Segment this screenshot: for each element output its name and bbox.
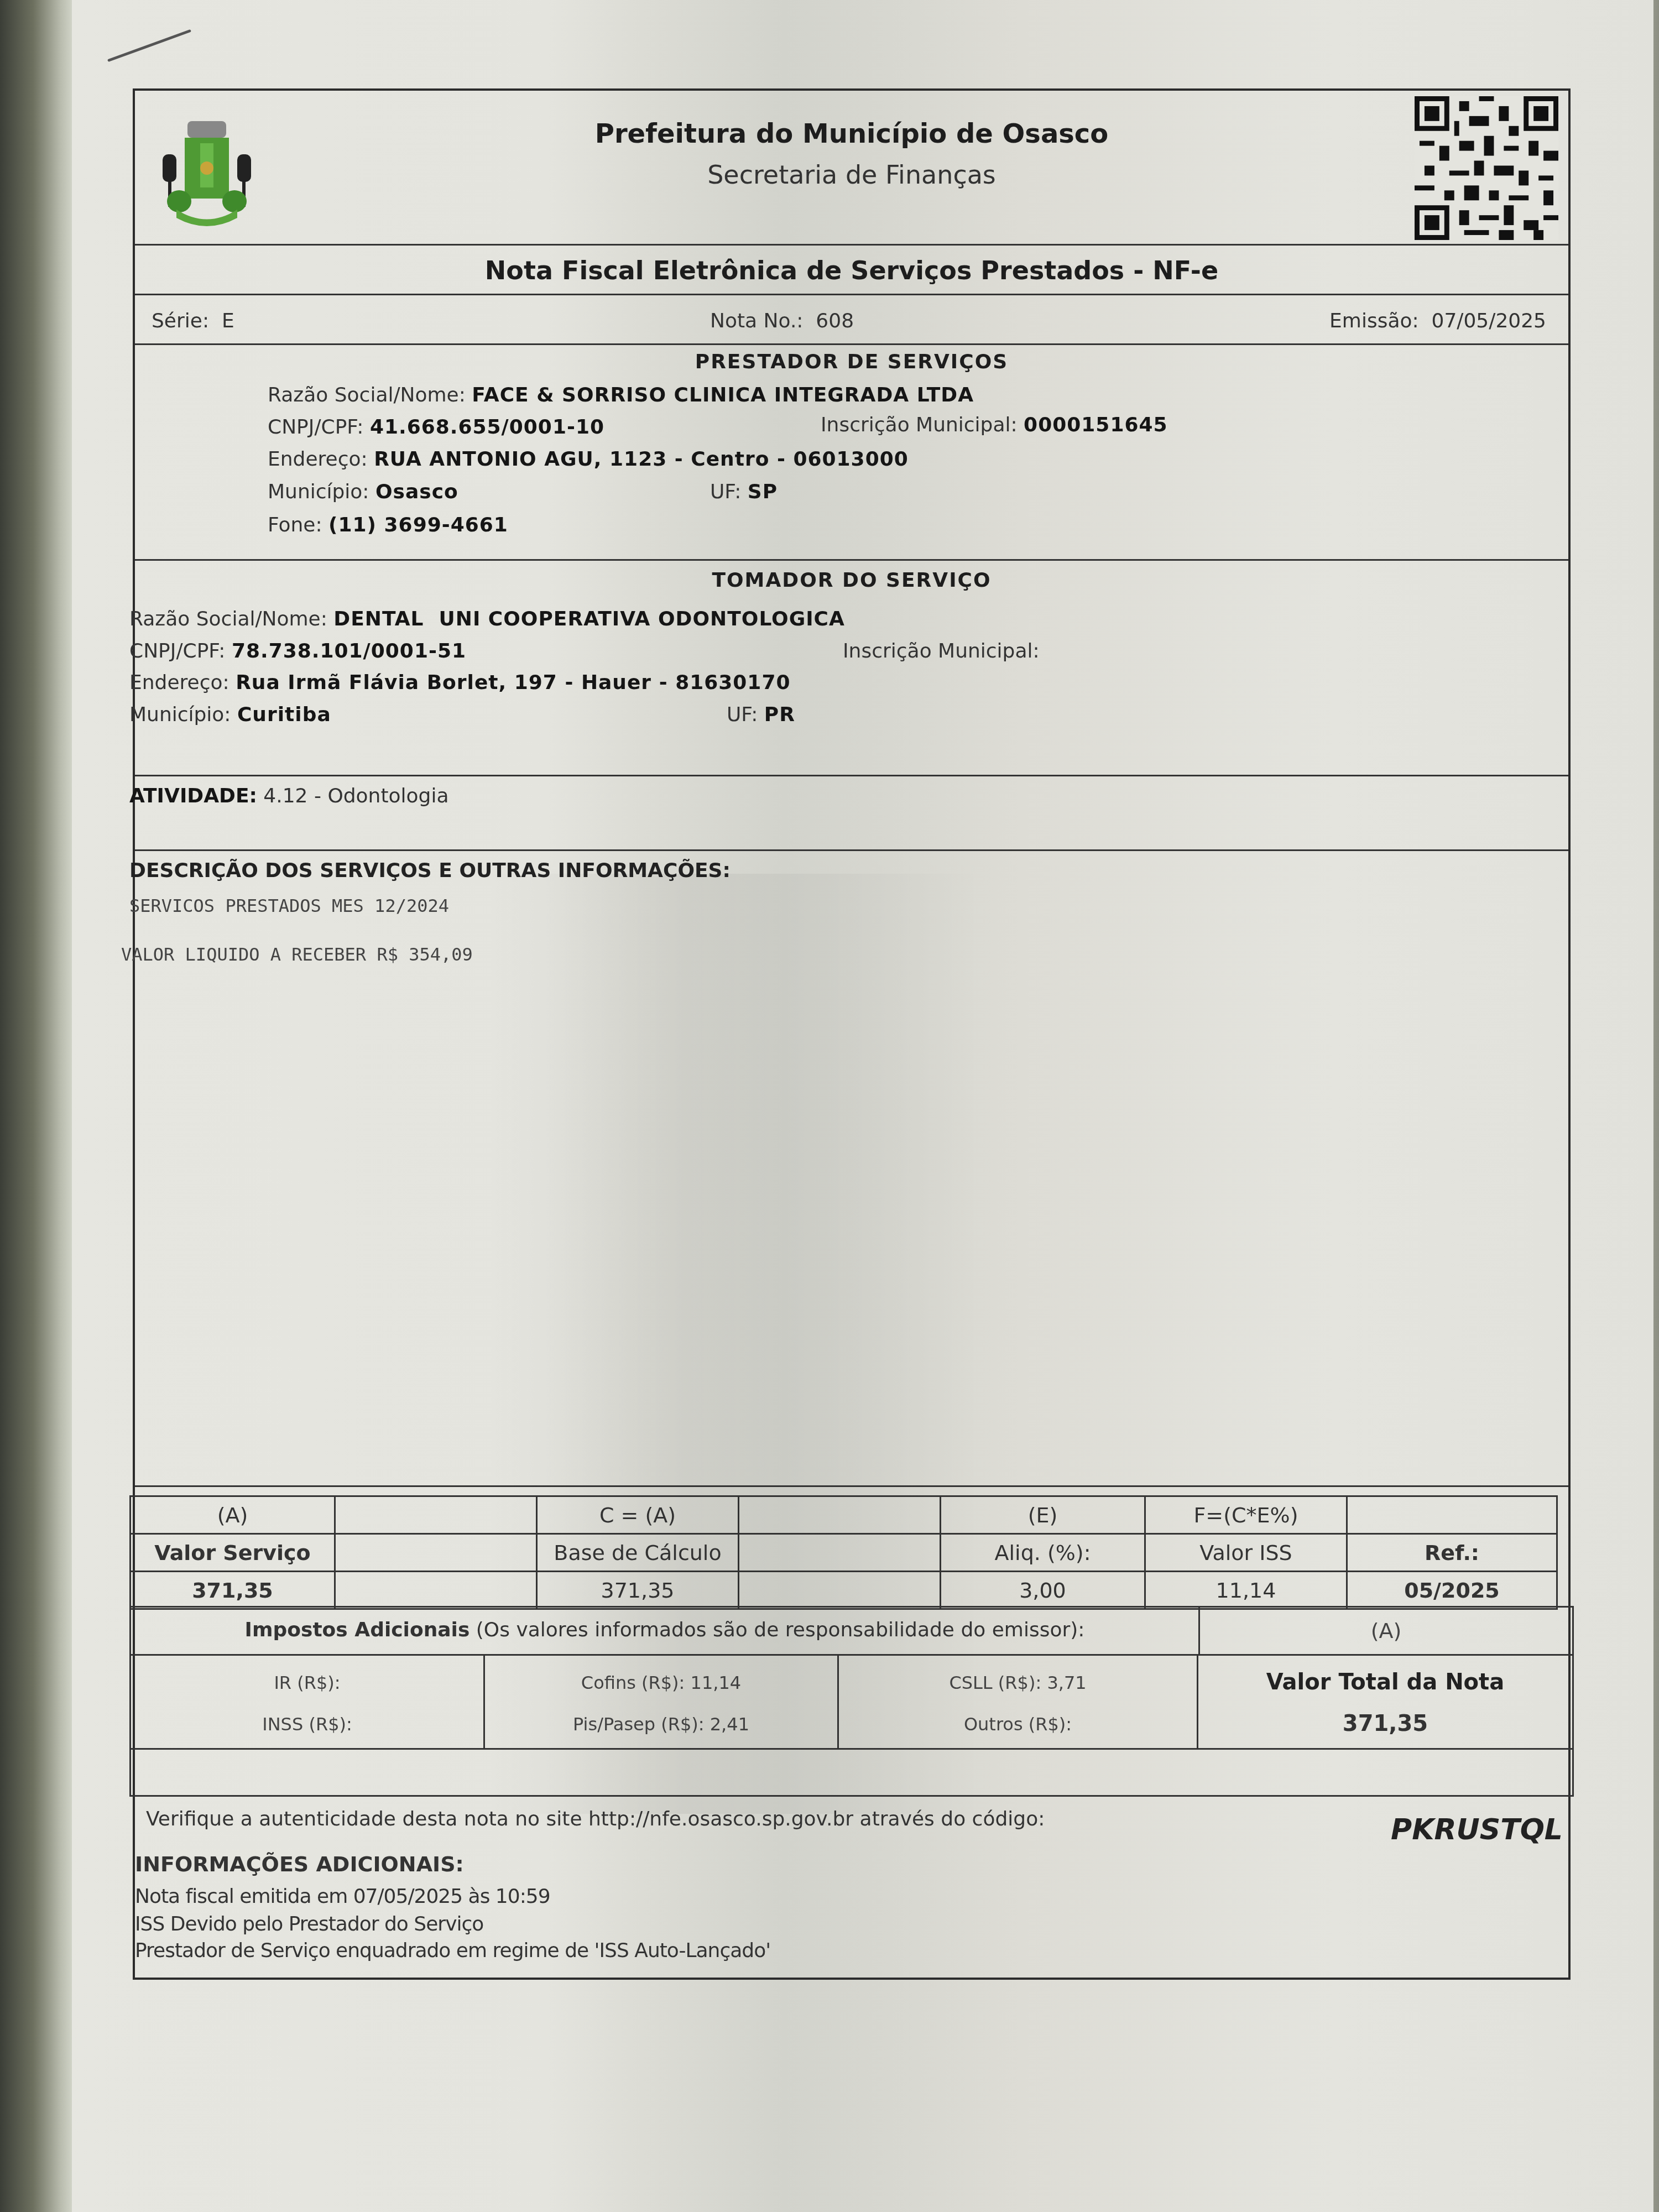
document-meta-row: Série: E Nota No.: 608 Emissão: 07/05/20… <box>135 295 1568 345</box>
label: Endereço: <box>129 671 229 694</box>
cell <box>739 1534 941 1572</box>
descricao-section: DESCRIÇÃO DOS SERVIÇOS E OUTRAS INFORMAÇ… <box>135 851 1568 1487</box>
footer-section: Verifique a autenticidade desta nota no … <box>129 1797 1574 1978</box>
value: Rua Irmã Flávia Borlet, 197 - Hauer - 81… <box>236 671 790 694</box>
label: UF: <box>727 703 758 726</box>
label: ATIVIDADE: <box>129 785 257 807</box>
emissao-label: Emissão: <box>1329 310 1419 332</box>
prestador-inscricao-municipal: Inscrição Municipal: 0000151645 <box>821 414 1168 436</box>
tomador-razao: Razão Social/Nome: DENTAL UNI COOPERATIV… <box>129 608 845 630</box>
info-line: Prestador de Serviço enquadrado em regim… <box>135 1939 770 1962</box>
tax-col-cofins-pis: Cofins (R$): 11,14 Pis/Pasep (R$): 2,41 <box>485 1656 839 1748</box>
label: Razão Social/Nome: <box>129 608 327 630</box>
cell: C = (A) <box>537 1496 739 1534</box>
cofins-field: Cofins (R$): 11,14 <box>485 1672 837 1693</box>
impostos-title: Impostos Adicionais (Os valores informad… <box>131 1619 1198 1641</box>
value: 4.12 - Odontologia <box>263 785 448 807</box>
impostos-title-bold: Impostos Adicionais <box>245 1619 470 1641</box>
value: Osasco <box>375 481 458 503</box>
info-line: Nota fiscal emitida em 07/05/2025 às 10:… <box>135 1885 550 1908</box>
value-row: 371,35 371,35 3,00 11,14 05/2025 <box>131 1572 1557 1609</box>
cell: Ref.: <box>1347 1534 1557 1572</box>
descricao-line: SERVICOS PRESTADOS MES 12/2024 <box>129 895 449 916</box>
cell <box>335 1496 537 1534</box>
cell: 3,00 <box>941 1572 1145 1609</box>
document-title-row: Nota Fiscal Eletrônica de Serviços Prest… <box>135 246 1568 295</box>
cell: (A) <box>131 1496 335 1534</box>
emissao-value: 07/05/2025 <box>1432 310 1547 332</box>
prestador-cnpj: CNPJ/CPF: 41.668.655/0001-10 <box>268 416 604 439</box>
cell: Aliq. (%): <box>941 1534 1145 1572</box>
value: PR <box>764 703 795 726</box>
value: RUA ANTONIO AGU, 1123 - Centro - 0601300… <box>374 448 909 471</box>
tax-col-ir-inss: IR (R$): INSS (R$): <box>131 1656 485 1748</box>
tax-col-csll-outros: CSLL (R$): 3,71 Outros (R$): <box>839 1656 1198 1748</box>
document-header: Prefeitura do Município de Osasco Secret… <box>135 91 1568 246</box>
serie-field: Série: E <box>152 310 234 332</box>
prestador-razao: Razão Social/Nome: FACE & SORRISO CLINIC… <box>268 384 974 406</box>
cell: F=(C*E%) <box>1145 1496 1347 1534</box>
tomador-cnpj: CNPJ/CPF: 78.738.101/0001-51 <box>129 640 466 662</box>
label: CNPJ/CPF: <box>129 640 225 662</box>
cell <box>335 1534 537 1572</box>
ir-field: IR (R$): <box>131 1672 483 1693</box>
cell: 371,35 <box>131 1572 335 1609</box>
cell <box>335 1572 537 1609</box>
info-line: ISS Devido pelo Prestador do Serviço <box>135 1913 483 1936</box>
value: 0000151645 <box>1024 414 1168 436</box>
tomador-municipio: Município: Curitiba <box>129 703 331 726</box>
label: Inscrição Municipal: <box>821 414 1018 436</box>
cell: Base de Cálculo <box>537 1534 739 1572</box>
prestador-uf: UF: SP <box>710 481 778 503</box>
value: (11) 3699-4661 <box>328 514 508 536</box>
valor-total-box: Valor Total da Nota 371,35 <box>1198 1656 1572 1748</box>
nota-number-field: Nota No.: 608 <box>710 310 854 332</box>
cell <box>1347 1496 1557 1534</box>
value: Curitiba <box>237 703 331 726</box>
label-row: Valor Serviço Base de Cálculo Aliq. (%):… <box>131 1534 1557 1572</box>
cell: Valor Serviço <box>131 1534 335 1572</box>
label: CNPJ/CPF: <box>268 416 363 439</box>
nfe-document: Prefeitura do Município de Osasco Secret… <box>133 88 1571 1980</box>
prestador-endereco: Endereço: RUA ANTONIO AGU, 1123 - Centro… <box>268 448 909 471</box>
cell: 371,35 <box>537 1572 739 1609</box>
value: 78.738.101/0001-51 <box>232 640 466 662</box>
total-formula: (A) <box>1198 1608 1572 1654</box>
label: UF: <box>710 481 741 503</box>
label: Fone: <box>268 514 322 536</box>
cell: (E) <box>941 1496 1145 1534</box>
total-label: Valor Total da Nota <box>1198 1670 1572 1695</box>
prestador-municipio: Município: Osasco <box>268 481 458 503</box>
prestador-fone: Fone: (11) 3699-4661 <box>268 514 508 536</box>
tomador-title: TOMADOR DO SERVIÇO <box>135 569 1568 592</box>
cell: Valor ISS <box>1145 1534 1347 1572</box>
document-title: Nota Fiscal Eletrônica de Serviços Prest… <box>135 255 1568 285</box>
formula-row: (A) C = (A) (E) F=(C*E%) <box>131 1496 1557 1534</box>
total-value: 371,35 <box>1198 1711 1572 1736</box>
prestador-section: PRESTADOR DE SERVIÇOS Razão Social/Nome:… <box>135 345 1568 561</box>
value: SP <box>748 481 778 503</box>
label: Endereço: <box>268 448 368 471</box>
municipality-title: Prefeitura do Município de Osasco <box>135 118 1568 149</box>
descricao-title: DESCRIÇÃO DOS SERVIÇOS E OUTRAS INFORMAÇ… <box>129 859 731 882</box>
value: DENTAL UNI COOPERATIVA ODONTOLOGICA <box>333 608 845 630</box>
impostos-header: Impostos Adicionais (Os valores informad… <box>129 1606 1574 1656</box>
prestador-title: PRESTADOR DE SERVIÇOS <box>135 351 1568 373</box>
qr-code-icon[interactable] <box>1415 96 1558 240</box>
label: Inscrição Municipal: <box>843 640 1040 662</box>
verify-text: Verifique a autenticidade desta nota no … <box>146 1808 1045 1830</box>
verification-code: PKRUSTQL <box>1391 1813 1563 1846</box>
impostos-grid: IR (R$): INSS (R$): Cofins (R$): 11,14 P… <box>129 1656 1574 1750</box>
nota-label: Nota No.: <box>710 310 803 332</box>
tomador-uf: UF: PR <box>727 703 795 726</box>
info-title: INFORMAÇÕES ADICIONAIS: <box>135 1852 464 1876</box>
label: Município: <box>268 481 369 503</box>
label: Razão Social/Nome: <box>268 384 466 406</box>
cell: 11,14 <box>1145 1572 1347 1609</box>
inss-field: INSS (R$): <box>131 1714 483 1735</box>
atividade-section: ATIVIDADE: 4.12 - Odontologia <box>135 776 1568 851</box>
department-subtitle: Secretaria de Finanças <box>135 160 1568 190</box>
value: 41.668.655/0001-10 <box>370 416 604 439</box>
cell: 05/2025 <box>1347 1572 1557 1609</box>
tomador-section: TOMADOR DO SERVIÇO Razão Social/Nome: DE… <box>135 561 1568 776</box>
atividade-field: ATIVIDADE: 4.12 - Odontologia <box>129 785 449 807</box>
cell <box>739 1572 941 1609</box>
emissao-field: Emissão: 07/05/2025 <box>1329 310 1546 332</box>
cell <box>739 1496 941 1534</box>
pis-field: Pis/Pasep (R$): 2,41 <box>485 1714 837 1735</box>
serie-value: E <box>222 310 234 332</box>
value: FACE & SORRISO CLINICA INTEGRADA LTDA <box>472 384 974 406</box>
blank-row <box>129 1750 1574 1797</box>
nota-value: 608 <box>816 310 854 332</box>
tomador-endereco: Endereço: Rua Irmã Flávia Borlet, 197 - … <box>129 671 791 694</box>
impostos-title-note: (Os valores informados são de responsabi… <box>469 1619 1084 1641</box>
label: Município: <box>129 703 231 726</box>
tomador-inscricao-municipal: Inscrição Municipal: <box>843 640 1040 662</box>
valores-table: (A) C = (A) (E) F=(C*E%) Valor Serviço B… <box>129 1495 1558 1610</box>
serie-label: Série: <box>152 310 209 332</box>
descricao-line: VALOR LIQUIDO A RECEBER R$ 354,09 <box>121 944 473 965</box>
outros-field: Outros (R$): <box>839 1714 1197 1735</box>
csll-field: CSLL (R$): 3,71 <box>839 1672 1197 1693</box>
